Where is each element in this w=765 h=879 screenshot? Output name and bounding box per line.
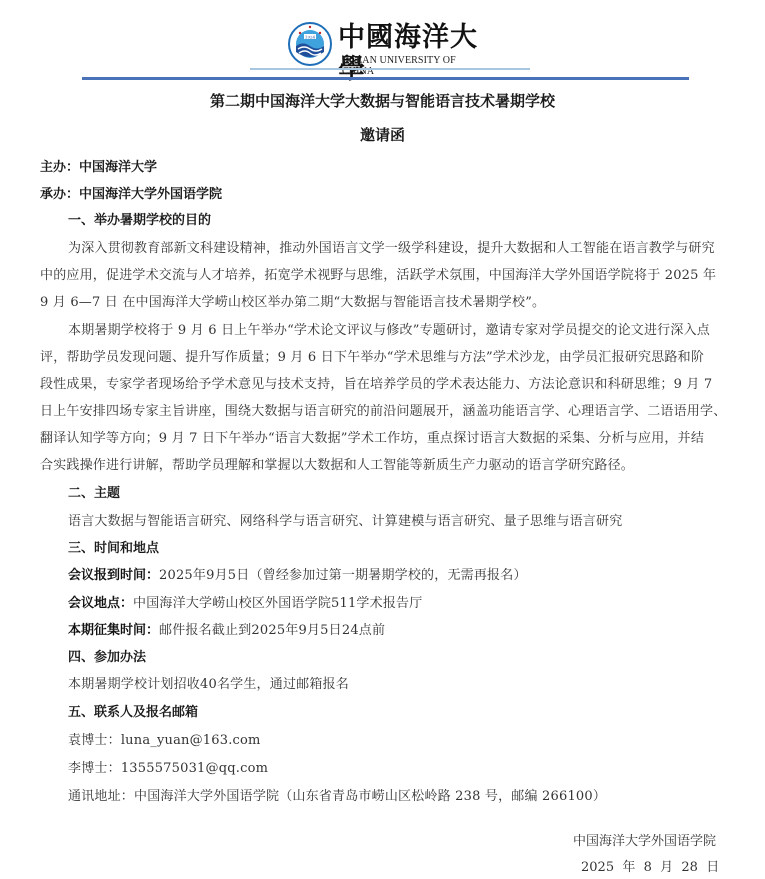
registration-time-line: 会议报到时间：2025年9月5日（曾经参加过第一期暑期学校的，无需再报名）: [68, 564, 527, 583]
header-divider-light: [250, 68, 530, 70]
svg-text:1924: 1924: [305, 34, 316, 39]
participation-text: 本期暑期学校计划招收40名学生，通过邮箱报名: [68, 673, 349, 692]
venue-value: 中国海洋大学崂山校区外国语学院511学术报告厅: [133, 596, 422, 611]
registration-time-label: 会议报到时间：: [68, 568, 159, 583]
organizer-line: 主办：中国海洋大学: [40, 156, 157, 175]
section-heading-time-place: 三、时间和地点: [68, 537, 159, 556]
document-title: 第二期中国海洋大学大数据与智能语言技术暑期学校: [0, 90, 765, 111]
mailing-address-value: 中国海洋大学外国语学院（山东省青岛市崂山区松岭路 238 号，邮编 266100…: [134, 789, 606, 804]
purpose-para1-line1: 为深入贯彻教育部新文科建设精神，推动外国语言文学一级学科建设，提升大数据和人工智…: [68, 237, 715, 256]
contact-yuan: 袁博士：luna_yuan@163.com: [68, 729, 261, 748]
mailing-address: 通讯地址：中国海洋大学外国语学院（山东省青岛市崂山区松岭路 238 号，邮编 2…: [68, 785, 606, 804]
mailing-address-label: 通讯地址：: [68, 789, 134, 804]
registration-time-value: 2025年9月5日（曾经参加过第一期暑期学校的，无需再报名）: [159, 568, 527, 583]
purpose-para2-line6: 合实践操作进行讲解，帮助学员理解和掌握以大数据和人工智能等新质生产力驱动的语言学…: [40, 454, 634, 473]
theme-text: 语言大数据与智能语言研究、网络科学与语言研究、计算建模与语言研究、量子思维与语言…: [68, 510, 622, 529]
deadline-line: 本期征集时间：邮件报名截止到2025年9月5日24点前: [68, 619, 385, 638]
purpose-para1-line3: 9 月 6—7 日 在中国海洋大学崂山校区举办第二期“大数据与智能语言技术暑期学…: [40, 291, 545, 310]
contact-yuan-email[interactable]: luna_yuan@163.com: [121, 733, 261, 748]
purpose-para1-line2: 中的应用，促进学术交流与人才培养，拓宽学术视野与思维，活跃学术氛围，中国海洋大学…: [40, 264, 716, 283]
section-heading-participation: 四、参加办法: [68, 646, 146, 665]
signature-org: 中国海洋大学外国语学院: [573, 830, 716, 849]
university-emblem-icon: 1924: [288, 22, 332, 66]
header-divider: [82, 77, 689, 80]
co-organizer-line: 承办：中国海洋大学外国语学院: [40, 183, 222, 202]
document-subtitle: 邀请函: [0, 124, 765, 145]
section-heading-contacts: 五、联系人及报名邮箱: [68, 701, 198, 720]
venue-line: 会议地点：中国海洋大学崂山校区外国语学院511学术报告厅: [68, 592, 422, 611]
co-organizer-value: 中国海洋大学外国语学院: [79, 187, 222, 202]
venue-label: 会议地点：: [68, 596, 133, 611]
deadline-value: 邮件报名截止到2025年9月5日24点前: [159, 623, 385, 638]
contact-li-email[interactable]: 1355575031@qq.com: [121, 761, 268, 776]
section-heading-purpose: 一、举办暑期学校的目的: [68, 209, 211, 228]
deadline-label: 本期征集时间：: [68, 623, 159, 638]
purpose-para2-line2: 评，帮助学员发现问题、提升写作质量；9 月 6 日下午举办“学术思维与方法”学术…: [40, 346, 704, 365]
logo-english-name: OCEAN UNIVERSITY OF CHINA: [342, 55, 488, 77]
organizer-label: 主办：: [40, 160, 79, 175]
contact-li-label: 李博士：: [68, 761, 121, 776]
section-heading-theme: 二、主题: [68, 482, 120, 501]
signature-date: 2025 年 8 月 28 日: [581, 856, 719, 875]
purpose-para2-line4: 日上午安排四场专家主旨讲座，围绕大数据与语言研究的前沿问题展开，涵盖功能语言学、…: [40, 400, 726, 419]
contact-li: 李博士：1355575031@qq.com: [68, 757, 268, 776]
contact-yuan-label: 袁博士：: [68, 733, 121, 748]
purpose-para2-line5: 翻译认知学等方向；9 月 7 日下午举办“语言大数据”学术工作坊，重点探讨语言大…: [40, 427, 704, 446]
organizer-value: 中国海洋大学: [79, 160, 157, 175]
co-organizer-label: 承办：: [40, 187, 79, 202]
university-logo: 1924 中國海洋大學 OCEAN UNIVERSITY OF CHINA: [288, 20, 488, 70]
purpose-para2-line3: 段性成果，专家学者现场给予学术意见与技术支持，旨在培养学员的学术表达能力、方法论…: [40, 373, 712, 392]
purpose-para2-line1: 本期暑期学校将于 9 月 6 日上午举办“学术论文评议与修改”专题研讨，邀请专家…: [68, 319, 710, 338]
